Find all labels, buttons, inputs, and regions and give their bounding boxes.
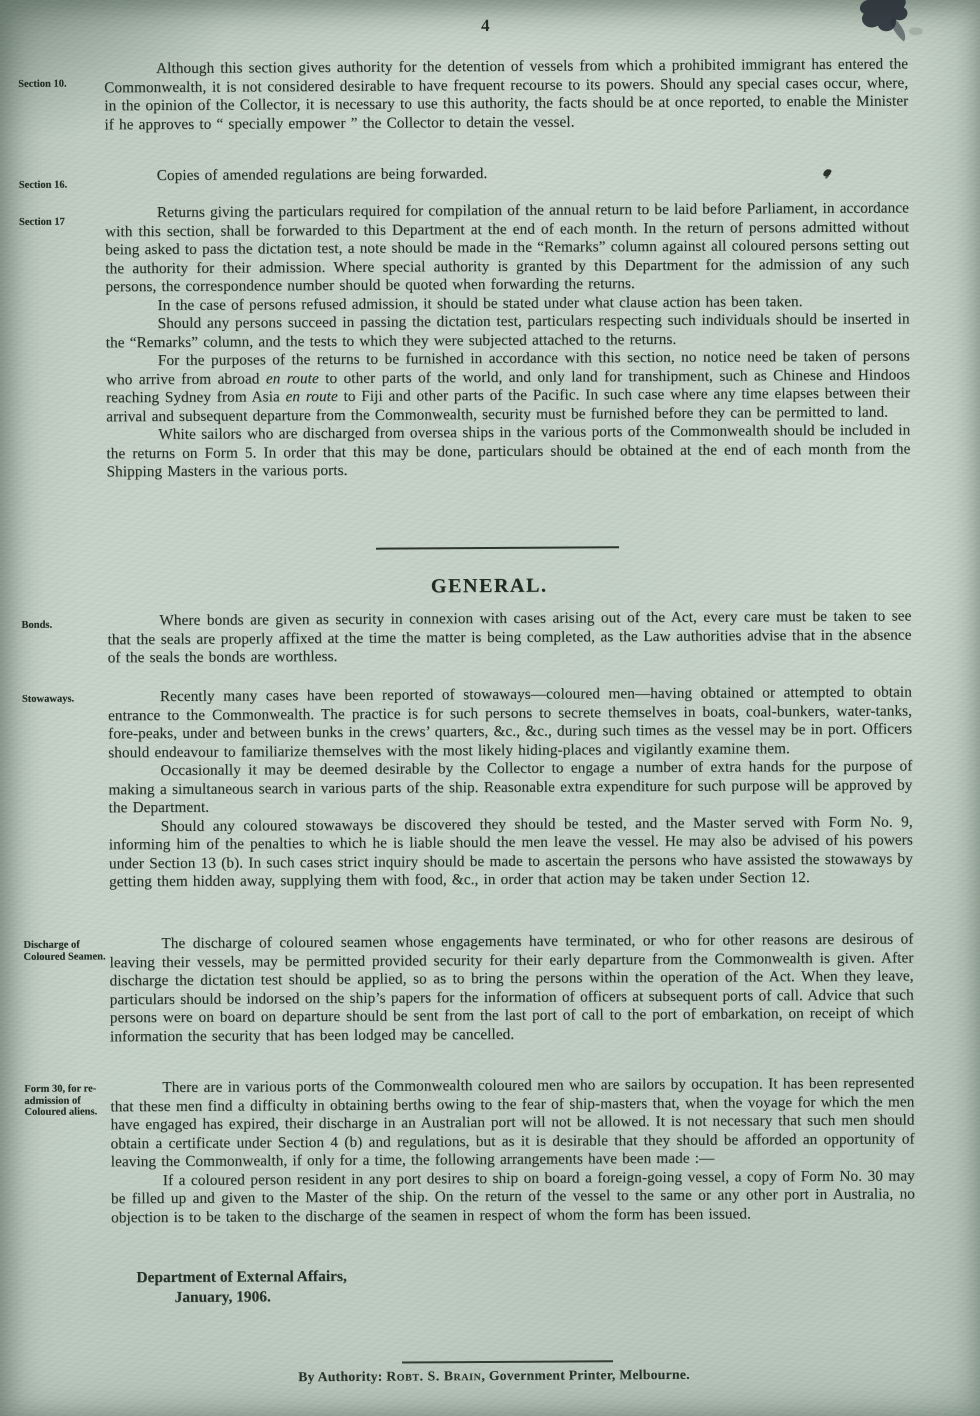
ink-blot-mark <box>848 0 928 54</box>
signoff-date: January, 1906. <box>175 1288 271 1307</box>
document-sheet: 4 Section 10. Although this section give… <box>0 0 980 1416</box>
scanned-document-page: 4 Section 10. Although this section give… <box>0 0 980 1416</box>
general-heading: GENERAL. <box>0 572 979 601</box>
paragraph: For the purposes of the returns to be fu… <box>106 347 910 426</box>
authority-suffix: , Government Printer, Melbourne. <box>481 1367 690 1383</box>
form-30-paragraphs: There are in various ports of the Common… <box>110 1074 915 1227</box>
authority-prefix: By Authority: <box>298 1369 386 1385</box>
italic-phrase-en-route: en route <box>286 388 338 405</box>
footer-rule <box>402 1360 613 1363</box>
section-17-paragraphs: Returns giving the particulars required … <box>105 199 911 481</box>
paragraph: Although this section gives authority fo… <box>104 55 908 134</box>
printer-name: Robt. S. Brain <box>386 1368 481 1384</box>
section-16-paragraphs: Copies of amended regulations are being … <box>105 162 909 185</box>
margin-note-section-16: Section 16. <box>19 179 105 191</box>
margin-note-form-30: Form 30, for re-admission of Coloured al… <box>24 1083 110 1118</box>
paragraph: Occasionally it may be deemed desirable … <box>108 757 912 817</box>
paragraph: Should any persons succeed in passing th… <box>106 310 910 352</box>
section-10-paragraphs: Although this section gives authority fo… <box>104 55 908 134</box>
paragraph: White sailors who are discharged from ov… <box>106 421 910 481</box>
paragraph: Should any coloured stowaways be discove… <box>109 813 913 892</box>
margin-note-stowaways: Stowaways. <box>22 693 108 705</box>
page-number: 4 <box>0 13 976 39</box>
signoff-department: Department of External Affairs, <box>136 1268 346 1287</box>
paragraph: Copies of amended regulations are being … <box>105 162 909 185</box>
paragraph: Where bonds are given as security in con… <box>107 607 911 667</box>
margin-note-discharge: Discharge of Coloured Seamen. <box>23 939 109 963</box>
stowaways-paragraphs: Recently many cases have been reported o… <box>108 683 913 891</box>
printer-authority-line: By Authority: Robt. S. Brain, Government… <box>4 1365 980 1387</box>
margin-note-section-10: Section 10. <box>18 78 104 90</box>
margin-note-bonds: Bonds. <box>21 619 107 631</box>
bonds-paragraphs: Where bonds are given as security in con… <box>107 607 911 667</box>
discharge-paragraphs: The discharge of coloured seamen whose e… <box>109 930 914 1046</box>
paragraph: Recently many cases have been reported o… <box>108 683 912 762</box>
paragraph: The discharge of coloured seamen whose e… <box>109 930 914 1046</box>
italic-phrase-en-route: en route <box>266 370 319 387</box>
margin-note-section-17: Section 17 <box>19 216 105 228</box>
section-divider-rule <box>376 546 619 549</box>
paragraph: If a coloured person resident in any por… <box>111 1167 915 1227</box>
paragraph: Returns giving the particulars required … <box>105 199 910 296</box>
paragraph: There are in various ports of the Common… <box>110 1074 915 1171</box>
